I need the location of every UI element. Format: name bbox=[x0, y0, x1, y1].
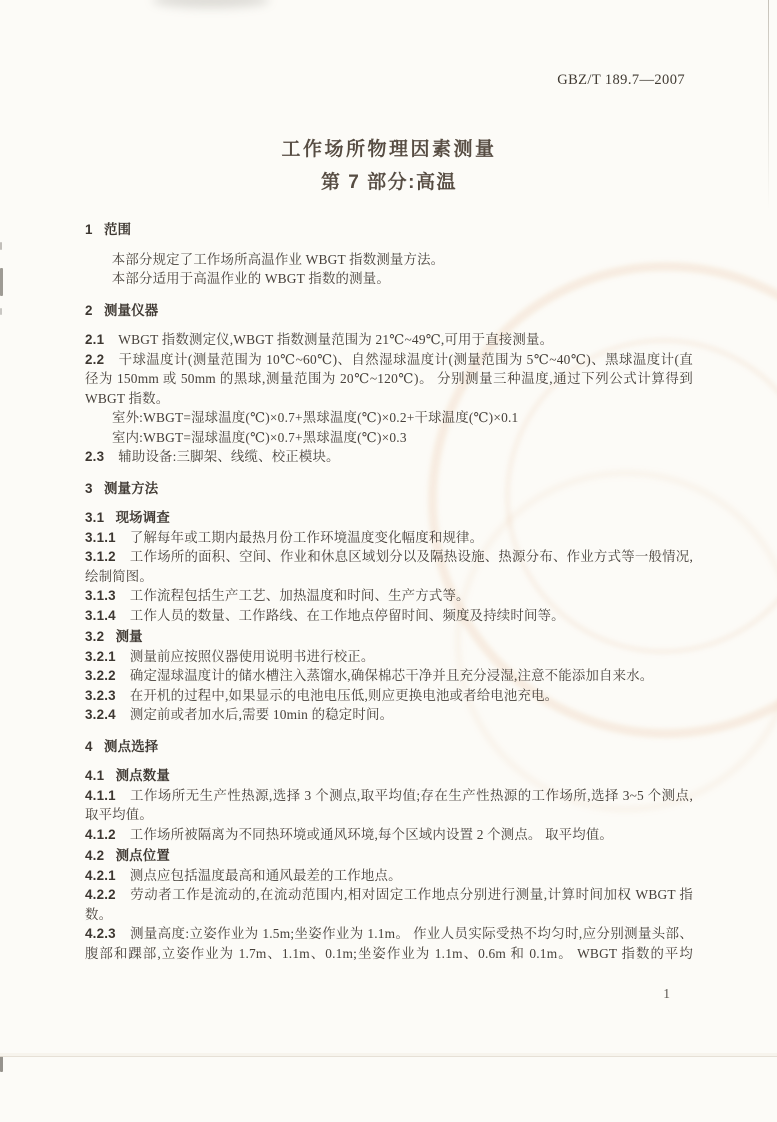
clause-number: 3.2.1 bbox=[85, 649, 116, 664]
clause-number: 3.1.3 bbox=[85, 588, 116, 603]
clause-3-1-3: 3.1.3工作流程包括生产工艺、加热温度和时间、生产方式等。 bbox=[85, 586, 693, 606]
clause-number: 3.1.2 bbox=[85, 549, 116, 564]
scanned-document-page: GBZ/T 189.7—2007 工作场所物理因素测量 第 7 部分:高温 1范… bbox=[0, 0, 777, 1122]
section-label: 测点选择 bbox=[104, 739, 158, 754]
clause-4-2-2: 4.2.2劳动者工作是流动的,在流动范围内,相对固定工作地点分别进行测量,计算时… bbox=[85, 885, 693, 924]
clause-2-2: 2.2干球温度计(测量范围为 10℃~60℃)、自然湿球温度计(测量范围为 5℃… bbox=[85, 350, 693, 409]
clause-number: 3.2.2 bbox=[85, 668, 116, 683]
clause-3-2-2: 3.2.2确定湿球温度计的储水槽注入蒸馏水,确保棉芯干净并且充分浸湿,注意不能添… bbox=[85, 666, 693, 686]
clause-text: 干球温度计(测量范围为 10℃~60℃)、自然湿球温度计(测量范围为 5℃~40… bbox=[85, 352, 693, 406]
clause-text: 劳动者工作是流动的,在流动范围内,相对固定工作地点分别进行测量,计算时间加权 W… bbox=[85, 887, 693, 922]
section-number: 4 bbox=[85, 739, 93, 754]
document-subtitle: 第 7 部分:高温 bbox=[85, 167, 693, 194]
scan-edge-mark bbox=[0, 268, 3, 296]
clause-text: 测点应包括温度最高和通风最差的工作地点。 bbox=[130, 868, 402, 883]
document-title: 工作场所物理因素测量 bbox=[85, 134, 693, 161]
section-number: 4.1 bbox=[85, 768, 104, 783]
clause-2-3: 2.3辅助设备:三脚架、线缆、校正模块。 bbox=[85, 447, 693, 467]
clause-3-2-3: 3.2.3在开机的过程中,如果显示的电池电压低,则应更换电池或者给电池充电。 bbox=[85, 686, 693, 706]
scan-edge-mark bbox=[0, 308, 2, 315]
formula-indoor-wbgt: 室内:WBGT=湿球温度(℃)×0.7+黑球温度(℃)×0.3 bbox=[85, 428, 693, 448]
clause-number: 4.1.2 bbox=[85, 827, 116, 842]
section-number: 2 bbox=[85, 303, 93, 318]
document-content: GBZ/T 189.7—2007 工作场所物理因素测量 第 7 部分:高温 1范… bbox=[85, 0, 693, 963]
section-label: 现场调查 bbox=[116, 510, 170, 525]
document-title-block: 工作场所物理因素测量 第 7 部分:高温 bbox=[85, 134, 693, 194]
clause-text: WBGT 指数测定仪,WBGT 指数测量范围为 21℃~49℃,可用于直接测量。 bbox=[118, 332, 553, 347]
section-heading-4: 4测点选择 bbox=[85, 737, 693, 757]
standard-code: GBZ/T 189.7—2007 bbox=[85, 72, 693, 89]
formula-outdoor-wbgt: 室外:WBGT=湿球温度(℃)×0.7+黑球温度(℃)×0.2+干球温度(℃)×… bbox=[85, 408, 693, 428]
clause-number: 4.2.3 bbox=[85, 926, 116, 941]
clause-text: 工作流程包括生产工艺、加热温度和时间、生产方式等。 bbox=[130, 588, 470, 603]
section-label: 测点位置 bbox=[116, 848, 170, 863]
section-label: 范围 bbox=[104, 222, 131, 237]
clause-text: 工作场所的面积、空间、作业和休息区域划分以及隔热设施、热源分布、作业方式等一般情… bbox=[85, 549, 693, 584]
clause-number: 3.2.3 bbox=[85, 688, 116, 703]
clause-number: 4.2.2 bbox=[85, 887, 116, 902]
clause-number: 3.2.4 bbox=[85, 707, 116, 722]
clause-4-2-1: 4.2.1测点应包括温度最高和通风最差的工作地点。 bbox=[85, 866, 693, 886]
clause-text: 确定湿球温度计的储水槽注入蒸馏水,确保棉芯干净并且充分浸湿,注意不能添加自来水。 bbox=[130, 668, 654, 683]
clause-number: 2.3 bbox=[85, 449, 104, 464]
subsection-heading-4-2: 4.2测点位置 bbox=[85, 846, 693, 866]
section-heading-2: 2测量仪器 bbox=[85, 301, 693, 321]
clause-text: 工作人员的数量、工作路线、在工作地点停留时间、频度及持续时间等。 bbox=[130, 608, 565, 623]
clause-text: 测定前或者加水后,需要 10min 的稳定时间。 bbox=[130, 707, 393, 722]
scan-edge-mark bbox=[0, 1056, 3, 1072]
section-label: 测点数量 bbox=[116, 768, 170, 783]
clause-number: 2.1 bbox=[85, 332, 104, 347]
clause-3-1-2: 3.1.2工作场所的面积、空间、作业和休息区域划分以及隔热设施、热源分布、作业方… bbox=[85, 547, 693, 586]
section-heading-3: 3测量方法 bbox=[85, 479, 693, 499]
document-body: 1范围 本部分规定了工作场所高温作业 WBGT 指数测量方法。 本部分适用于高温… bbox=[85, 220, 693, 963]
clause-3-1-1: 3.1.1了解每年或工期内最热月份工作环境温度变化幅度和规律。 bbox=[85, 528, 693, 548]
clause-text: 工作场所被隔离为不同热环境或通风环境,每个区域内设置 2 个测点。 取平均值。 bbox=[130, 827, 613, 842]
section-number: 1 bbox=[85, 222, 93, 237]
scan-fold-line bbox=[0, 1056, 777, 1057]
section-number: 3 bbox=[85, 481, 93, 496]
clause-text: 工作场所无生产性热源,选择 3 个测点,取平均值;存在生产性热源的工作场所,选择… bbox=[85, 788, 693, 823]
clause-text: 测量高度:立姿作业为 1.5m;坐姿作业为 1.1m。 作业人员实际受热不均匀时… bbox=[85, 926, 693, 961]
clause-number: 3.1.4 bbox=[85, 608, 116, 623]
clause-text: 在开机的过程中,如果显示的电池电压低,则应更换电池或者给电池充电。 bbox=[130, 688, 558, 703]
section-label: 测量方法 bbox=[104, 481, 158, 496]
clause-3-1-4: 3.1.4工作人员的数量、工作路线、在工作地点停留时间、频度及持续时间等。 bbox=[85, 606, 693, 626]
clause-3-2-4: 3.2.4测定前或者加水后,需要 10min 的稳定时间。 bbox=[85, 705, 693, 725]
clause-number: 3.1.1 bbox=[85, 530, 116, 545]
clause-text: 了解每年或工期内最热月份工作环境温度变化幅度和规律。 bbox=[130, 530, 483, 545]
paragraph: 本部分适用于高温作业的 WBGT 指数的测量。 bbox=[85, 269, 693, 289]
section-label: 测量 bbox=[116, 629, 143, 644]
section-heading-1: 1范围 bbox=[85, 220, 693, 240]
clause-number: 4.2.1 bbox=[85, 868, 116, 883]
section-number: 4.2 bbox=[85, 848, 104, 863]
clause-4-2-3: 4.2.3测量高度:立姿作业为 1.5m;坐姿作业为 1.1m。 作业人员实际受… bbox=[85, 924, 693, 963]
clause-4-1-1: 4.1.1工作场所无生产性热源,选择 3 个测点,取平均值;存在生产性热源的工作… bbox=[85, 786, 693, 825]
clause-3-2-1: 3.2.1测量前应按照仪器使用说明书进行校正。 bbox=[85, 647, 693, 667]
subsection-heading-3-2: 3.2测量 bbox=[85, 627, 693, 647]
clause-2-1: 2.1WBGT 指数测定仪,WBGT 指数测量范围为 21℃~49℃,可用于直接… bbox=[85, 330, 693, 350]
section-number: 3.2 bbox=[85, 629, 104, 644]
clause-text: 测量前应按照仪器使用说明书进行校正。 bbox=[130, 649, 375, 664]
clause-number: 4.1.1 bbox=[85, 788, 116, 803]
scan-edge-line bbox=[768, 0, 769, 210]
clause-4-1-2: 4.1.2工作场所被隔离为不同热环境或通风环境,每个区域内设置 2 个测点。 取… bbox=[85, 825, 693, 845]
section-number: 3.1 bbox=[85, 510, 104, 525]
clause-text: 辅助设备:三脚架、线缆、校正模块。 bbox=[118, 449, 339, 464]
section-label: 测量仪器 bbox=[104, 303, 158, 318]
page-number: 1 bbox=[0, 986, 670, 1002]
scan-edge-mark bbox=[0, 242, 2, 250]
subsection-heading-4-1: 4.1测点数量 bbox=[85, 766, 693, 786]
clause-number: 2.2 bbox=[85, 352, 104, 367]
paragraph: 本部分规定了工作场所高温作业 WBGT 指数测量方法。 bbox=[85, 250, 693, 270]
subsection-heading-3-1: 3.1现场调查 bbox=[85, 508, 693, 528]
